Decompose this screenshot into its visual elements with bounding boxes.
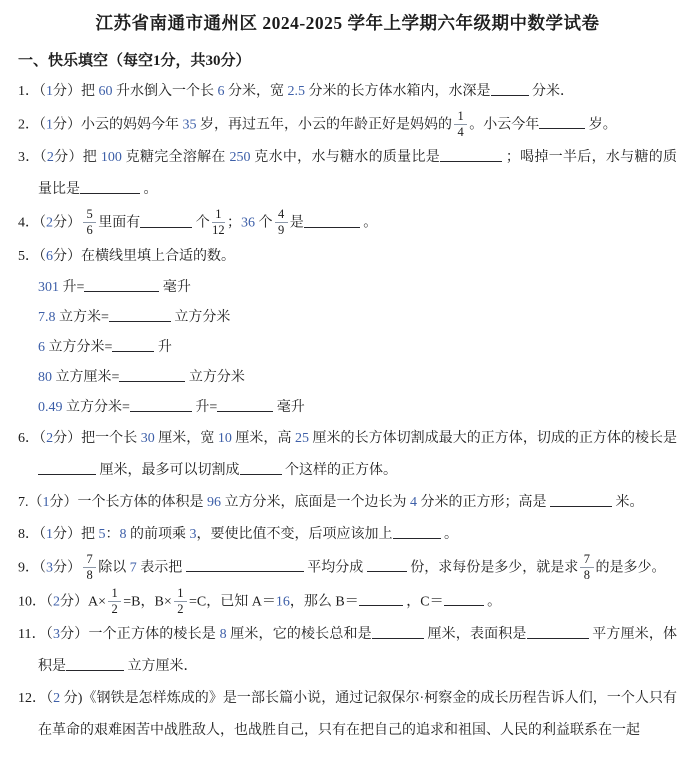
question-text: ，要使比值不变，后项应该加上 [197, 527, 393, 542]
fraction-numerator: 5 [83, 208, 96, 223]
blank-line [491, 82, 529, 96]
question-list: 1．（1分）把 60 升水倒入一个长 6 分米，宽 2.5 分米的长方体水箱内，… [18, 76, 677, 747]
fraction-numerator: 1 [108, 587, 121, 602]
question-item: 2．（1分）小云的妈妈今年 35 岁，再过五年，小云的年龄正好是妈妈的14。小云… [18, 108, 677, 142]
question-text: 分）小云的妈妈今年 [53, 117, 183, 132]
question-item: 11．（3分）一个正方体的棱长是 8 厘米，它的棱长总和是 厘米，表面积是 平方… [18, 619, 677, 683]
blank-line [304, 214, 360, 228]
number-highlight: 10 [218, 431, 232, 446]
question-text: 升= [192, 400, 217, 415]
question-text: 岁。 [585, 117, 617, 132]
number-highlight: 60 [99, 84, 113, 99]
question-text: 升 [154, 340, 172, 355]
fraction: 14 [454, 110, 467, 139]
number-highlight: 2 [47, 150, 54, 165]
question-text: 里面有 [98, 216, 140, 231]
blank-line [112, 338, 154, 352]
number-highlight: 301 [38, 280, 59, 295]
question-text: 厘米，它的棱长总和是 [227, 627, 372, 642]
question-number: 12． [18, 691, 46, 706]
question-text: 立方分米= [63, 400, 130, 415]
question-text: 。 [140, 182, 158, 197]
fraction-denominator: 4 [458, 125, 464, 139]
question-text: 立方分米= [45, 340, 112, 355]
question-number: 2． [18, 117, 39, 132]
question-text: 平均分成 [304, 560, 367, 575]
fraction-denominator: 9 [278, 223, 284, 237]
fraction-denominator: 2 [177, 602, 183, 616]
blank-line [109, 308, 171, 322]
question-item: 5．（6分）在横线里填上合适的数。 [18, 241, 677, 273]
question-item: 8．（1分）把 5：8 的前项乘 3，要使比值不变，后项应该加上 。 [18, 519, 677, 551]
question-item: 3．（2分）把 100 克糖完全溶解在 250 克水中，水与糖水的质量比是 ；喝… [18, 142, 677, 206]
number-highlight: 2 [46, 216, 53, 231]
number-highlight: 1 [46, 84, 53, 99]
question-text: 。 [484, 594, 502, 609]
blank-line [80, 180, 140, 194]
number-highlight: 100 [101, 150, 122, 165]
question-text: 个这样的正方体。 [282, 463, 398, 478]
question-text: 份，求每份是多少，就是求 [407, 560, 579, 575]
question-text: 是 [290, 216, 304, 231]
number-highlight: 6 [218, 84, 225, 99]
number-highlight: 7.8 [38, 310, 56, 325]
fraction-numerator: 7 [580, 553, 593, 568]
section-heading: 一、快乐填空（每空1分，共30分） [18, 50, 677, 72]
math-expression: C [420, 594, 429, 609]
question-text: 立方分米 [171, 310, 231, 325]
blank-line [550, 493, 612, 507]
question-number: 3． [18, 150, 40, 165]
question-number: 10． [18, 594, 46, 609]
question-item: 9．（3分）78除以 7 表示把 平均分成 份，求每份是多少，就是求78的是多少… [18, 551, 677, 585]
number-highlight: 96 [207, 495, 221, 510]
fraction: 56 [83, 208, 96, 237]
question-text: 厘米，高 [232, 431, 295, 446]
question-number: 6． [18, 431, 39, 446]
question-text: （ [39, 560, 46, 575]
number-highlight: 36 [241, 216, 255, 231]
number-highlight: 4 [410, 495, 417, 510]
number-highlight: 8 [120, 527, 127, 542]
question-text: ＝ [345, 594, 359, 609]
number-highlight: 3 [46, 560, 53, 575]
question-text: 立方厘米． [124, 659, 198, 674]
question-item: 10．（2分）A×12=B，B×12=C，已知 A＝16，那么 B＝ ，C＝ 。 [18, 585, 677, 619]
number-highlight: 3 [53, 627, 60, 642]
number-highlight: 6 [46, 249, 53, 264]
fraction: 112 [212, 208, 225, 237]
question-subline: 0.49 立方分米= 升= 毫升 [18, 393, 677, 423]
question-text: 分米，宽 [225, 84, 288, 99]
question-number: 4． [18, 216, 39, 231]
question-text: 厘米，最多可以切割成 [96, 463, 240, 478]
number-highlight: 3 [190, 527, 197, 542]
number-highlight: 1 [46, 117, 53, 132]
question-text: 米。 [612, 495, 644, 510]
question-text: 分） [53, 560, 81, 575]
question-text: （ [39, 84, 46, 99]
question-text: 分)《钢铁是怎样炼成的》是一部长篇小说，通过记叙保尔·柯察金的成长历程告诉人们，… [38, 691, 677, 738]
question-text: ，那么 [290, 594, 336, 609]
number-highlight: 1 [43, 495, 50, 510]
question-text: 岁，再过五年，小云的年龄正好是妈妈的 [197, 117, 453, 132]
question-text: ＝ [262, 594, 276, 609]
question-text: 分） [60, 594, 88, 609]
exam-page: 江苏省南通市通州区 2024-2025 学年上学期六年级期中数学试卷 一、快乐填… [0, 0, 685, 747]
math-expression: A [252, 594, 262, 609]
fraction-denominator: 8 [87, 568, 93, 582]
question-text: （ [39, 216, 46, 231]
fraction-numerator: 1 [454, 110, 467, 125]
blank-line [140, 214, 192, 228]
fraction-numerator: 7 [83, 553, 96, 568]
question-text: （ [39, 117, 46, 132]
number-highlight: 1 [46, 527, 53, 542]
number-highlight: 5 [99, 527, 106, 542]
question-item: 4．（2分）56里面有 个112；36 个49是 。 [18, 206, 677, 240]
number-highlight: 25 [295, 431, 309, 446]
question-text: 分米． [529, 84, 575, 99]
question-item: 7.（1分）一个长方体的体积是 96 立方分米，底面是一个边长为 4 分米的正方… [18, 487, 677, 519]
question-text: 立方厘米= [52, 370, 119, 385]
question-text: 厘米的长方体切割成最大的正方体，切成的正方体的棱长是 [309, 431, 677, 446]
question-text: 毫升 [273, 400, 305, 415]
blank-line [367, 558, 407, 572]
blank-line [84, 278, 159, 292]
question-text: （ [39, 249, 46, 264]
math-expression: B [155, 594, 164, 609]
number-highlight: 8 [220, 627, 227, 642]
question-text: 分米的长方体水箱内，水深是 [305, 84, 491, 99]
blank-line [38, 461, 96, 475]
question-text: 分）在横线里填上合适的数。 [53, 249, 235, 264]
question-text: 立方分米 [185, 370, 245, 385]
number-highlight: 30 [141, 431, 155, 446]
fraction-numerator: 1 [212, 208, 225, 223]
question-text: 分）把 [53, 527, 99, 542]
question-text: ： [106, 527, 120, 542]
number-highlight: 6 [38, 340, 45, 355]
question-text: 升= [59, 280, 84, 295]
question-text: 分）一个长方体的体积是 [50, 495, 208, 510]
page-title: 江苏省南通市通州区 2024-2025 学年上学期六年级期中数学试卷 [18, 10, 677, 36]
fraction: 78 [580, 553, 593, 582]
number-highlight: 0.49 [38, 400, 63, 415]
question-text: 立方米= [56, 310, 109, 325]
question-text: 分）把一个长 [53, 431, 141, 446]
question-text: × [98, 594, 106, 609]
question-number: 8． [18, 527, 39, 542]
blank-line [440, 148, 502, 162]
question-number: 9． [18, 560, 39, 575]
question-text: ，已知 [206, 594, 252, 609]
math-expression: A [88, 594, 98, 609]
question-text: 分米的正方形；高是 [417, 495, 550, 510]
question-subline: 301 升= 毫升 [18, 273, 677, 303]
question-number: 7. [18, 495, 29, 510]
number-highlight: 16 [276, 594, 290, 609]
question-text: 分）一个正方体的棱长是 [60, 627, 220, 642]
question-text: （ [46, 594, 53, 609]
question-text: （ [39, 527, 46, 542]
blank-line [527, 625, 589, 639]
question-text: 升水倒入一个长 [113, 84, 218, 99]
question-text: （ [40, 150, 47, 165]
fraction-denominator: 8 [584, 568, 590, 582]
question-text: 。 [441, 527, 459, 542]
blank-line [186, 558, 304, 572]
question-text: （ [46, 627, 53, 642]
fraction-denominator: 6 [87, 223, 93, 237]
fraction: 12 [174, 587, 187, 616]
question-text: 厘米，宽 [155, 431, 218, 446]
question-text: ＝ [430, 594, 444, 609]
number-highlight: 35 [183, 117, 197, 132]
number-highlight: 2.5 [288, 84, 306, 99]
blank-line [130, 398, 192, 412]
fraction-numerator: 1 [174, 587, 187, 602]
question-number: 11． [18, 627, 46, 642]
question-text: 。 [360, 216, 378, 231]
question-text: 分）把 [54, 150, 101, 165]
blank-line [240, 461, 282, 475]
question-text: 个 [255, 216, 273, 231]
question-item: 6．（2分）把一个长 30 厘米，宽 10 厘米，高 25 厘米的长方体切割成最… [18, 423, 677, 487]
question-number: 5． [18, 249, 39, 264]
blank-line [372, 625, 424, 639]
question-subline: 80 立方厘米= 立方分米 [18, 363, 677, 393]
math-expression: =B [123, 594, 140, 609]
number-highlight: 2 [53, 594, 60, 609]
question-text: 除以 [98, 560, 130, 575]
fraction-denominator: 2 [112, 602, 118, 616]
question-text: 克水中，水与糖水的质量比是 [250, 150, 440, 165]
blank-line [393, 525, 441, 539]
fraction: 78 [83, 553, 96, 582]
number-highlight: 80 [38, 370, 52, 385]
question-subline: 6 立方分米= 升 [18, 333, 677, 363]
question-number: 1． [18, 84, 39, 99]
question-text: 个 [192, 216, 210, 231]
question-text: ， [403, 594, 421, 609]
question-text: 克糖完全溶解在 [122, 150, 230, 165]
blank-line [359, 592, 403, 606]
fraction-denominator: 12 [212, 223, 225, 237]
question-text: 的前项乘 [127, 527, 190, 542]
blank-line [66, 657, 124, 671]
question-text: 。小云今年 [469, 117, 539, 132]
math-expression: B [335, 594, 344, 609]
fraction: 49 [275, 208, 288, 237]
question-text: 立方分米，底面是一个边长为 [221, 495, 410, 510]
number-highlight: 7 [130, 560, 137, 575]
question-text: × [164, 594, 172, 609]
blank-line [444, 592, 484, 606]
question-text: 的是多少。 [596, 560, 666, 575]
question-text: 毫升 [159, 280, 191, 295]
question-subline: 7.8 立方米= 立方分米 [18, 303, 677, 333]
blank-line [119, 368, 185, 382]
fraction: 12 [108, 587, 121, 616]
blank-line [539, 115, 585, 129]
question-text: （ [29, 495, 43, 510]
question-item: 1．（1分）把 60 升水倒入一个长 6 分米，宽 2.5 分米的长方体水箱内，… [18, 76, 677, 108]
question-text: 表示把 [137, 560, 186, 575]
question-item: 12．（2 分)《钢铁是怎样炼成的》是一部长篇小说，通过记叙保尔·柯察金的成长历… [18, 683, 677, 747]
question-text: 分） [53, 216, 81, 231]
fraction-numerator: 4 [275, 208, 288, 223]
number-highlight: 250 [229, 150, 250, 165]
question-text: 厘米，表面积是 [424, 627, 527, 642]
question-text: 分）把 [53, 84, 99, 99]
question-text: ， [141, 594, 155, 609]
blank-line [217, 398, 273, 412]
question-text: ； [227, 216, 241, 231]
math-expression: =C [189, 594, 206, 609]
